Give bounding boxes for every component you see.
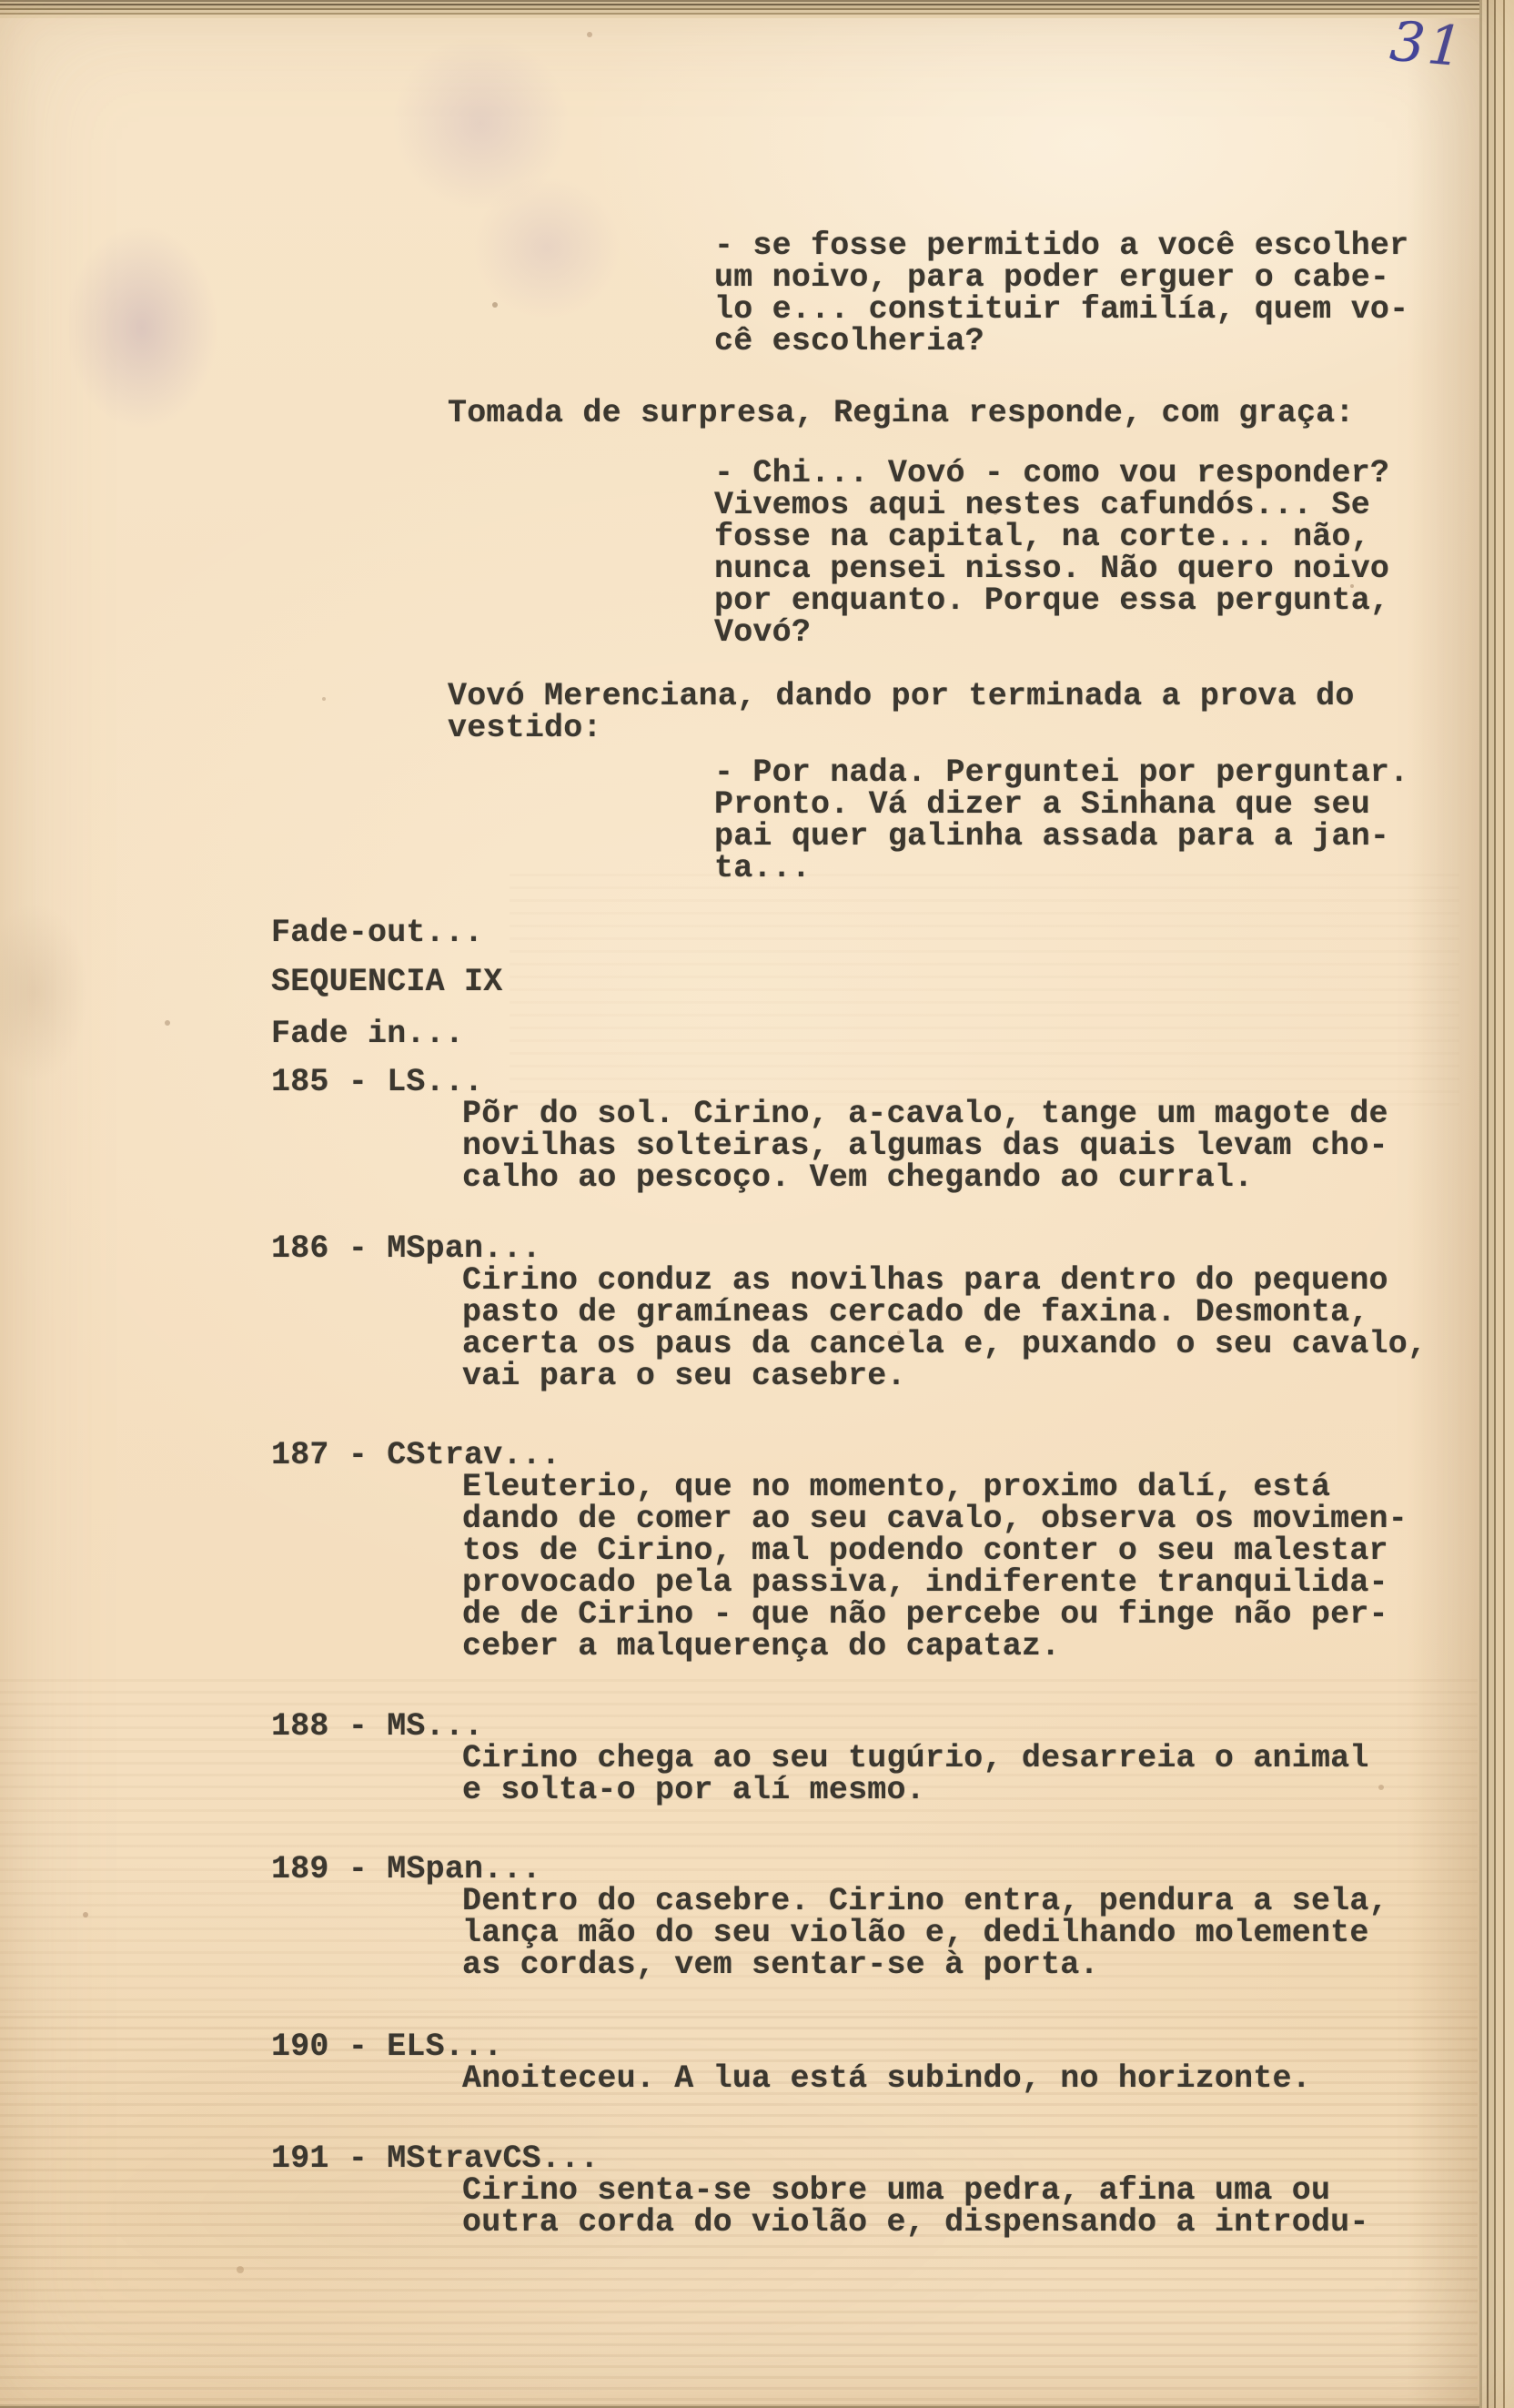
script-line: acerta os paus da cancela e, puxando o s… xyxy=(462,1329,1427,1361)
page-edge-bottom xyxy=(0,2403,1479,2408)
script-line: fosse na capital, na corte... não, xyxy=(714,521,1389,553)
aging-vignette xyxy=(0,0,1514,2408)
script-line: novilhas solteiras, algumas das quais le… xyxy=(462,1130,1388,1162)
scene-description-191: Cirino senta-se sobre uma pedra, afina u… xyxy=(462,2175,1369,2239)
transition-fade-in: Fade in... xyxy=(271,1018,464,1050)
script-page: 31 - se fosse permitido a você escolher … xyxy=(0,0,1514,2408)
action-vovo: Vovó Merenciana, dando por terminada a p… xyxy=(448,681,1355,744)
script-line: 187 - CStrav... xyxy=(271,1440,560,1472)
script-line: um noivo, para poder erguer o cabe- xyxy=(714,262,1408,294)
script-line: lo e... constituir familía, quem vo- xyxy=(714,294,1408,326)
script-line: por enquanto. Porque essa pergunta, xyxy=(714,585,1389,617)
script-line: Põr do sol. Cirino, a-cavalo, tange um m… xyxy=(462,1098,1388,1130)
scene-heading-186: 186 - MSpan... xyxy=(271,1233,541,1265)
script-line: vestido: xyxy=(448,713,1355,744)
action-tomada: Tomada de surpresa, Regina responde, com… xyxy=(448,398,1355,430)
script-line: Vovó Merenciana, dando por terminada a p… xyxy=(448,681,1355,713)
script-line: 189 - MSpan... xyxy=(271,1854,541,1886)
script-line: 190 - ELS... xyxy=(271,2031,502,2063)
scene-heading-190: 190 - ELS... xyxy=(271,2031,502,2063)
script-line: Tomada de surpresa, Regina responde, com… xyxy=(448,398,1355,430)
script-line: ta... xyxy=(714,853,1408,885)
scene-heading-187: 187 - CStrav... xyxy=(271,1440,560,1472)
page-stack-edge-right xyxy=(1479,0,1514,2408)
script-line: tos de Cirino, mal podendo conter o seu … xyxy=(462,1535,1408,1567)
script-line: outra corda do violão e, dispensando a i… xyxy=(462,2207,1369,2239)
dialogue-block-vovo: - Por nada. Perguntei por perguntar. Pro… xyxy=(714,757,1408,885)
script-line: Cirino senta-se sobre uma pedra, afina u… xyxy=(462,2175,1369,2207)
script-line: as cordas, vem sentar-se à porta. xyxy=(462,1949,1388,1981)
scene-description-187: Eleuterio, que no momento, proximo dalí,… xyxy=(462,1472,1408,1663)
ink-bleedthrough-texture xyxy=(510,874,1459,1110)
script-line: Fade in... xyxy=(271,1018,464,1050)
scene-description-190: Anoiteceu. A lua está subindo, no horizo… xyxy=(462,2063,1311,2095)
script-line: Eleuterio, que no momento, proximo dalí,… xyxy=(462,1472,1408,1503)
scene-description-186: Cirino conduz as novilhas para dentro do… xyxy=(462,1265,1427,1392)
scene-description-185: Põr do sol. Cirino, a-cavalo, tange um m… xyxy=(462,1098,1388,1194)
script-line: nunca pensei nisso. Não quero noivo xyxy=(714,553,1389,585)
script-line: e solta-o por alí mesmo. xyxy=(462,1775,1369,1806)
script-line: - se fosse permitido a você escolher xyxy=(714,230,1408,262)
dialogue-block-regina: - Chi... Vovó - como vou responder? Vive… xyxy=(714,458,1389,649)
script-line: - Por nada. Perguntei por perguntar. xyxy=(714,757,1408,789)
scene-heading-189: 189 - MSpan... xyxy=(271,1854,541,1886)
script-line: Pronto. Vá dizer a Sinhana que seu xyxy=(714,789,1408,821)
purple-stain xyxy=(33,182,251,473)
script-line: Vivemos aqui nestes cafundós... Se xyxy=(714,490,1389,521)
handwritten-page-number: 31 xyxy=(1388,10,1468,80)
scene-heading-188: 188 - MS... xyxy=(271,1711,483,1743)
script-line: - Chi... Vovó - como vou responder? xyxy=(714,458,1389,490)
scene-heading-191: 191 - MStravCS... xyxy=(271,2143,599,2175)
sequence-heading: SEQUENCIA IX xyxy=(271,966,502,998)
scene-description-189: Dentro do casebre. Cirino entra, pendura… xyxy=(462,1886,1388,1981)
purple-stain xyxy=(355,18,655,346)
brown-stain xyxy=(0,874,118,1110)
script-line: pai quer galinha assada para a jan- xyxy=(714,821,1408,853)
script-line: ceber a malquerença do capataz. xyxy=(462,1631,1408,1663)
script-line: dando de comer ao seu cavalo, observa os… xyxy=(462,1503,1408,1535)
scene-description-188: Cirino chega ao seu tugúrio, desarreia o… xyxy=(462,1743,1369,1806)
script-line: 186 - MSpan... xyxy=(271,1233,541,1265)
script-line: cê escolheria? xyxy=(714,326,1408,358)
script-line: Cirino chega ao seu tugúrio, desarreia o… xyxy=(462,1743,1369,1775)
script-line: Fade-out... xyxy=(271,917,483,949)
script-line: provocado pela passiva, indiferente tran… xyxy=(462,1567,1408,1599)
script-line: lança mão do seu violão e, dedilhando mo… xyxy=(462,1917,1388,1949)
page-edge-shadow xyxy=(1407,0,1479,2408)
script-line: Vovó? xyxy=(714,617,1389,649)
page-stack-edge-top xyxy=(0,0,1514,18)
transition-fade-out: Fade-out... xyxy=(271,917,483,949)
script-line: de de Cirino - que não percebe ou finge … xyxy=(462,1599,1408,1631)
foxing-specks xyxy=(0,0,4,4)
script-line: 191 - MStravCS... xyxy=(271,2143,599,2175)
script-line: Dentro do casebre. Cirino entra, pendura… xyxy=(462,1886,1388,1917)
script-line: 188 - MS... xyxy=(271,1711,483,1743)
script-line: vai para o seu casebre. xyxy=(462,1361,1427,1392)
script-line: 185 - LS... xyxy=(271,1067,483,1098)
script-line: calho ao pescoço. Vem chegando ao curral… xyxy=(462,1162,1388,1194)
script-line: Anoiteceu. A lua está subindo, no horizo… xyxy=(462,2063,1311,2095)
script-line: Cirino conduz as novilhas para dentro do… xyxy=(462,1265,1427,1297)
script-line: SEQUENCIA IX xyxy=(271,966,502,998)
dialogue-block-question: - se fosse permitido a você escolher um … xyxy=(714,230,1408,358)
script-line: pasto de gramíneas cercado de faxina. De… xyxy=(462,1297,1427,1329)
scene-heading-185: 185 - LS... xyxy=(271,1067,483,1098)
